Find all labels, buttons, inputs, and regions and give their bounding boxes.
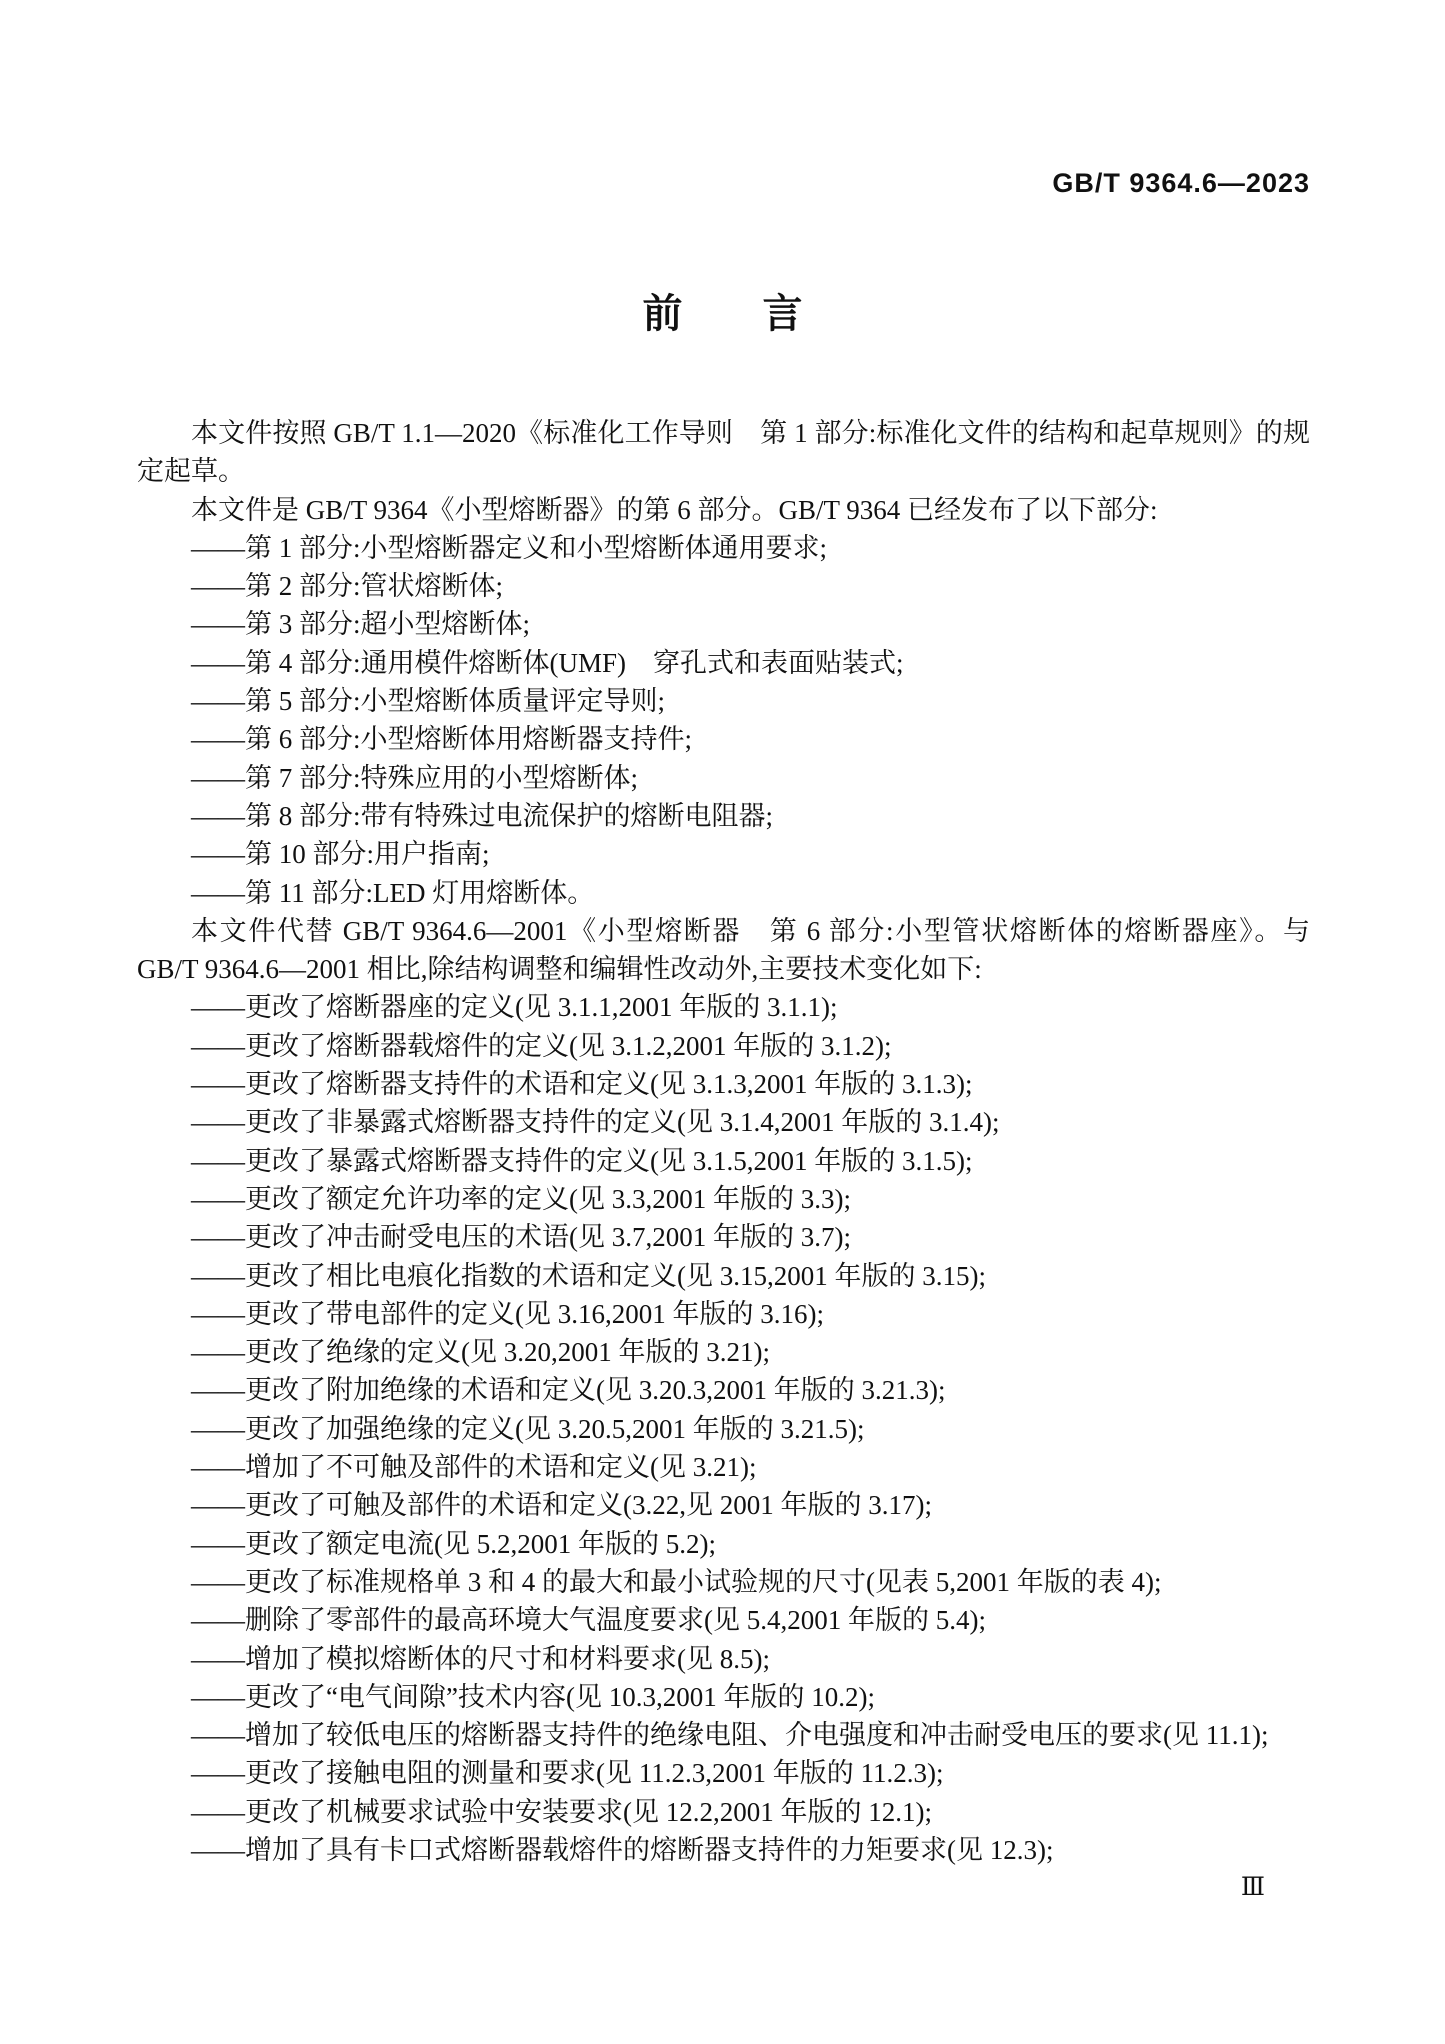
technical-change-item: ——更改了机械要求试验中安装要求(见 12.2,2001 年版的 12.1); xyxy=(137,1793,1310,1831)
technical-change-item: ——更改了冲击耐受电压的术语(见 3.7,2001 年版的 3.7); xyxy=(137,1218,1310,1256)
technical-change-item: ——更改了暴露式熔断器支持件的定义(见 3.1.5,2001 年版的 3.1.5… xyxy=(137,1142,1310,1180)
published-part-item: ——第 1 部分:小型熔断器定义和小型熔断体通用要求; xyxy=(137,529,1310,567)
technical-change-item: ——增加了具有卡口式熔断器载熔件的熔断器支持件的力矩要求(见 12.3); xyxy=(137,1831,1310,1869)
published-part-item: ——第 7 部分:特殊应用的小型熔断体; xyxy=(137,759,1310,797)
technical-change-item: ——更改了额定电流(见 5.2,2001 年版的 5.2); xyxy=(137,1525,1310,1563)
technical-change-item: ——更改了熔断器座的定义(见 3.1.1,2001 年版的 3.1.1); xyxy=(137,988,1310,1026)
page-number: Ⅲ xyxy=(1241,1872,1265,1902)
technical-change-item: ——更改了绝缘的定义(见 3.20,2001 年版的 3.21); xyxy=(137,1333,1310,1371)
published-part-item: ——第 11 部分:LED 灯用熔断体。 xyxy=(137,874,1310,912)
technical-change-item: ——更改了“电气间隙”技术内容(见 10.3,2001 年版的 10.2); xyxy=(137,1678,1310,1716)
technical-change-item: ——更改了可触及部件的术语和定义(3.22,见 2001 年版的 3.17); xyxy=(137,1486,1310,1524)
series-intro-paragraph: 本文件是 GB/T 9364《小型熔断器》的第 6 部分。GB/T 9364 已… xyxy=(137,491,1310,529)
technical-change-item: ——更改了额定允许功率的定义(见 3.3,2001 年版的 3.3); xyxy=(137,1180,1310,1218)
technical-change-item: ——更改了加强绝缘的定义(见 3.20.5,2001 年版的 3.21.5); xyxy=(137,1410,1310,1448)
technical-change-item: ——删除了零部件的最高环境大气温度要求(见 5.4,2001 年版的 5.4); xyxy=(137,1601,1310,1639)
foreword-title: 前 言 xyxy=(0,282,1445,339)
published-part-item: ——第 3 部分:超小型熔断体; xyxy=(137,605,1310,643)
published-part-item: ——第 8 部分:带有特殊过电流保护的熔断电阻器; xyxy=(137,797,1310,835)
technical-change-item: ——更改了相比电痕化指数的术语和定义(见 3.15,2001 年版的 3.15)… xyxy=(137,1257,1310,1295)
technical-change-item: ——更改了标准规格单 3 和 4 的最大和最小试验规的尺寸(见表 5,2001 … xyxy=(137,1563,1310,1601)
drafting-rule-paragraph: 本文件按照 GB/T 1.1—2020《标准化工作导则 第 1 部分:标准化文件… xyxy=(137,414,1310,491)
published-part-item: ——第 4 部分:通用模件熔断体(UMF) 穿孔式和表面贴装式; xyxy=(137,644,1310,682)
published-part-item: ——第 5 部分:小型熔断体质量评定导则; xyxy=(137,682,1310,720)
technical-change-item: ——更改了非暴露式熔断器支持件的定义(见 3.1.4,2001 年版的 3.1.… xyxy=(137,1103,1310,1141)
published-parts-list: ——第 1 部分:小型熔断器定义和小型熔断体通用要求;——第 2 部分:管状熔断… xyxy=(137,529,1310,912)
technical-change-item: ——增加了模拟熔断体的尺寸和材料要求(见 8.5); xyxy=(137,1640,1310,1678)
replacement-note-paragraph: 本文件代替 GB/T 9364.6—2001《小型熔断器 第 6 部分:小型管状… xyxy=(137,912,1310,989)
technical-change-item: ——增加了较低电压的熔断器支持件的绝缘电阻、介电强度和冲击耐受电压的要求(见 1… xyxy=(137,1716,1310,1754)
technical-change-item: ——更改了熔断器载熔件的定义(见 3.1.2,2001 年版的 3.1.2); xyxy=(137,1027,1310,1065)
technical-change-item: ——增加了不可触及部件的术语和定义(见 3.21); xyxy=(137,1448,1310,1486)
published-part-item: ——第 10 部分:用户指南; xyxy=(137,835,1310,873)
technical-change-item: ——更改了熔断器支持件的术语和定义(见 3.1.3,2001 年版的 3.1.3… xyxy=(137,1065,1310,1103)
published-part-item: ——第 6 部分:小型熔断体用熔断器支持件; xyxy=(137,720,1310,758)
technical-changes-list: ——更改了熔断器座的定义(见 3.1.1,2001 年版的 3.1.1);——更… xyxy=(137,988,1310,1869)
foreword-body: 本文件按照 GB/T 1.1—2020《标准化工作导则 第 1 部分:标准化文件… xyxy=(137,414,1310,1869)
published-part-item: ——第 2 部分:管状熔断体; xyxy=(137,567,1310,605)
technical-change-item: ——更改了接触电阻的测量和要求(见 11.2.3,2001 年版的 11.2.3… xyxy=(137,1754,1310,1792)
standard-number-header: GB/T 9364.6—2023 xyxy=(1052,168,1310,199)
technical-change-item: ——更改了附加绝缘的术语和定义(见 3.20.3,2001 年版的 3.21.3… xyxy=(137,1371,1310,1409)
technical-change-item: ——更改了带电部件的定义(见 3.16,2001 年版的 3.16); xyxy=(137,1295,1310,1333)
standard-document-page: GB/T 9364.6—2023 前 言 本文件按照 GB/T 1.1—2020… xyxy=(0,0,1445,2044)
